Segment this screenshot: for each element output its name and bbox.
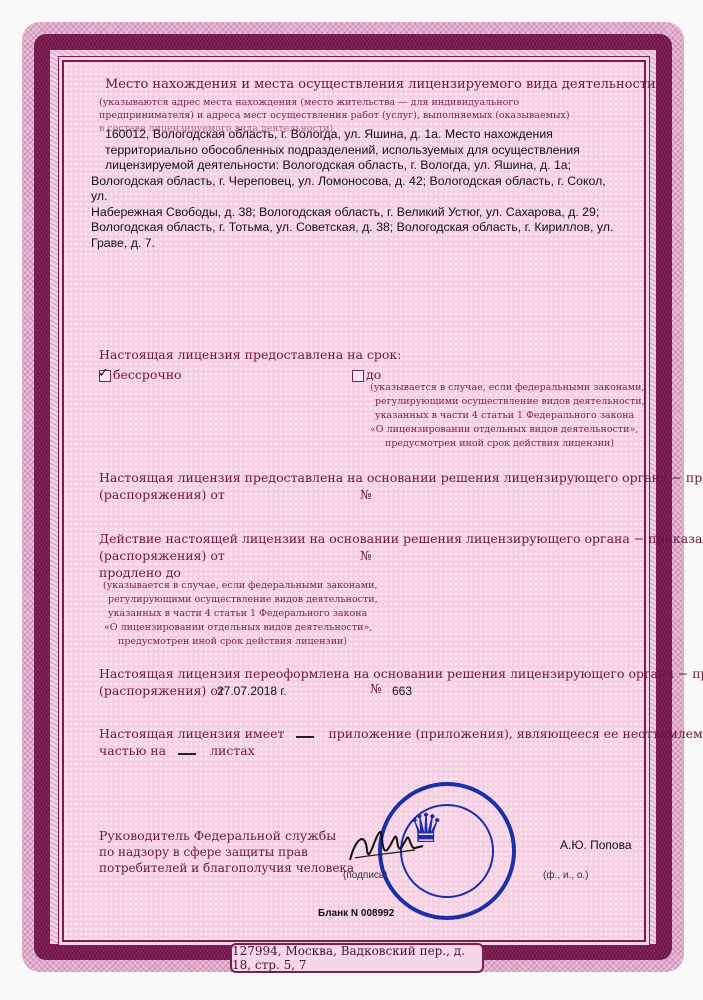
appendix-count-blank [296, 736, 314, 738]
granted-line-2: (распоряжения) от [99, 487, 225, 502]
extended-until: продлено до [99, 565, 181, 580]
until-label: до [366, 367, 381, 382]
address-line: 160012, Вологодская область, г. Вологда,… [105, 127, 625, 143]
blank-number: Бланк N 008992 [318, 908, 394, 919]
appendix-text-a: Настоящая лицензия имеет [99, 726, 284, 741]
printer-address-ribbon: 127994, Москва, Вадковский пер., д. 18, … [230, 943, 484, 973]
signature-label: (подпись) [343, 870, 387, 881]
appendix-text-c: частью на [99, 743, 166, 758]
printer-address: 127994, Москва, Вадковский пер., д. 18, … [232, 944, 482, 972]
place-title: Место нахождения и места осуществления л… [105, 77, 656, 92]
address-line: Вологодская область, г. Тотьма, ул. Сове… [91, 220, 625, 236]
until-note-line: (указывается в случае, если федеральными… [370, 382, 644, 393]
appendix-line-1: Настоящая лицензия имеетприложение (прил… [99, 726, 703, 741]
appendix-pages-blank [178, 753, 196, 755]
extended-line-2: (распоряжения) от [99, 548, 225, 563]
until-note-line: «О лицензировании отдельных видов деятел… [370, 424, 638, 435]
extended-note-line: (указывается в случае, если федеральными… [103, 580, 377, 591]
reissued-number: 663 [392, 684, 412, 698]
reissued-line-1: Настоящая лицензия переоформлена на осно… [99, 666, 703, 681]
place-note-line-1: (указываются адрес места нахождения (мес… [99, 97, 519, 108]
until-checkbox[interactable] [352, 370, 364, 382]
reissued-line-2: (распоряжения) от [99, 683, 225, 698]
granted-line-1: Настоящая лицензия предоставлена на осно… [99, 470, 703, 485]
extended-note-line: указанных в части 4 статьи 1 Федеральног… [108, 608, 367, 619]
term-title: Настоящая лицензия предоставлена на срок… [99, 347, 401, 362]
extended-note-line: регулирующими осуществление видов деятел… [108, 594, 378, 605]
address-line: Набережная Свободы, д. 38; Вологодская о… [91, 205, 625, 221]
reissued-number-label: № [370, 681, 382, 696]
extended-note-line: предусмотрен иной срок действия лицензии… [118, 636, 347, 647]
signature [345, 820, 425, 870]
signatory-name: А.Ю. Попова [560, 838, 632, 852]
indefinite-checkbox[interactable]: ✓ [99, 370, 111, 382]
address-line: Граве, д. 7. [91, 236, 625, 252]
address-line: территориально обособленных подразделени… [105, 143, 625, 159]
until-note-line: регулирующими осуществление видов деятел… [375, 396, 645, 407]
signatory-position-line: потребителей и благополучия человека [99, 861, 354, 875]
appendix-line-2: частью налистах [99, 743, 255, 758]
extended-note-line: «О лицензировании отдельных видов деятел… [104, 622, 372, 633]
extended-number-label: № [360, 548, 372, 563]
place-note-line-2: предпринимателя) и адреса мест осуществл… [99, 110, 570, 121]
appendix-text-b: приложение (приложения), являющееся ее н… [328, 726, 703, 741]
address-line: лицензируемой деятельности: Вологодская … [105, 158, 625, 174]
name-label: (ф., и., о.) [543, 870, 588, 881]
extended-line-1: Действие настоящей лицензии на основании… [99, 531, 702, 546]
until-note-line: предусмотрен иной срок действия лицензии… [385, 438, 614, 449]
reissued-date: 27.07.2018 г. [217, 684, 287, 698]
signatory-position-line: Руководитель Федеральной службы [99, 828, 336, 843]
checkmark-icon: ✓ [98, 366, 109, 381]
signatory-position-line: по надзору в сфере защиты прав [99, 845, 308, 859]
address-line: Вологодская область, г. Череповец, ул. Л… [91, 174, 625, 205]
appendix-text-d: листах [210, 743, 255, 758]
address-block: 160012, Вологодская область, г. Вологда,… [105, 127, 625, 251]
granted-number-label: № [360, 487, 372, 502]
indefinite-label: бессрочно [113, 367, 182, 382]
until-note-line: указанных в части 4 статьи 1 Федеральног… [375, 410, 634, 421]
